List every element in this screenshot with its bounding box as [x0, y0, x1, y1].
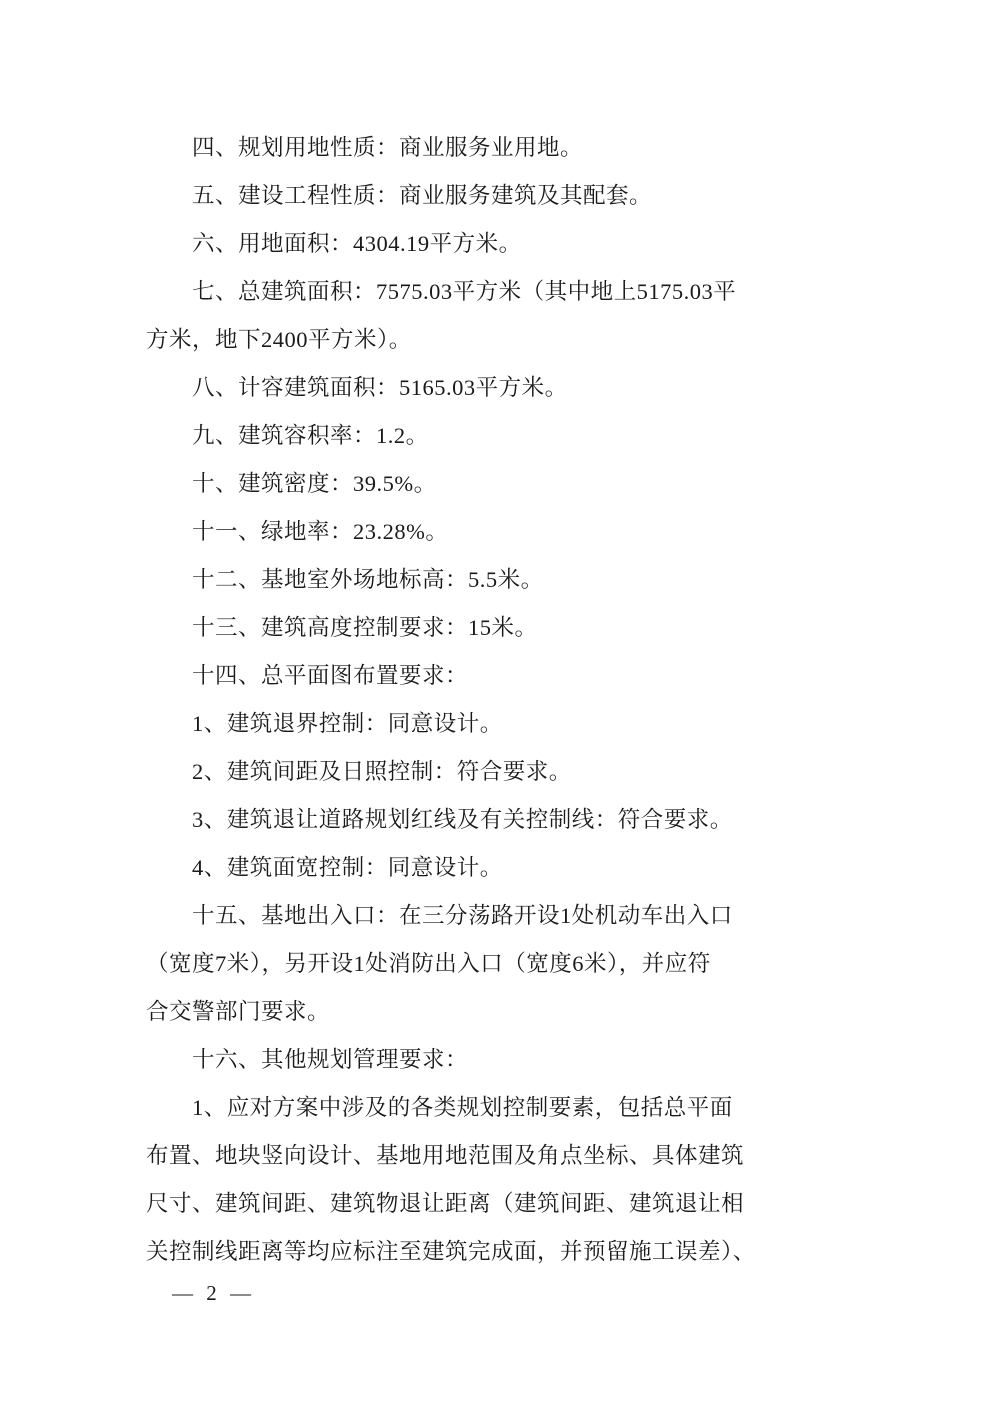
line-text: 布置、地块竖向设计、基地用地范围及角点坐标、具体建筑 [146, 1143, 744, 1168]
document-line: 布置、地块竖向设计、基地用地范围及角点坐标、具体建筑 [146, 1132, 862, 1180]
document-line: 五、建设工程性质：商业服务建筑及其配套。 [146, 172, 862, 220]
line-text: 五、建设工程性质：商业服务建筑及其配套。 [192, 183, 652, 208]
document-line: 十、建筑密度：39.5%。 [146, 460, 862, 508]
document-line: 八、计容建筑面积：5165.03平方米。 [146, 364, 862, 412]
document-line: 十一、绿地率：23.28%。 [146, 508, 862, 556]
line-text: 九、建筑容积率：1.2。 [192, 423, 429, 448]
document-line: 3、建筑退让道路规划红线及有关控制线：符合要求。 [146, 796, 862, 844]
line-text: 合交警部门要求。 [146, 999, 330, 1024]
line-text: 十二、基地室外场地标高：5.5米。 [192, 567, 544, 592]
line-text: 十四、总平面图布置要求： [192, 663, 468, 688]
document-line: 十五、基地出入口：在三分荡路开设1处机动车出入口 [146, 892, 862, 940]
line-text: 十、建筑密度：39.5%。 [192, 471, 437, 496]
document-line: 方米，地下2400平方米）。 [146, 316, 862, 364]
document-line: 十二、基地室外场地标高：5.5米。 [146, 556, 862, 604]
document-line: 4、建筑面宽控制：同意设计。 [146, 844, 862, 892]
document-line: 四、规划用地性质：商业服务业用地。 [146, 124, 862, 172]
line-text: 十五、基地出入口：在三分荡路开设1处机动车出入口 [192, 903, 733, 928]
document-body: 四、规划用地性质：商业服务业用地。五、建设工程性质：商业服务建筑及其配套。六、用… [146, 124, 862, 1276]
document-line: 合交警部门要求。 [146, 988, 862, 1036]
document-line: 九、建筑容积率：1.2。 [146, 412, 862, 460]
line-text: 十一、绿地率：23.28%。 [192, 519, 448, 544]
line-text: 十六、其他规划管理要求： [192, 1047, 468, 1072]
line-text: 十三、建筑高度控制要求：15米。 [192, 615, 538, 640]
document-line: 1、应对方案中涉及的各类规划控制要素，包括总平面 [146, 1084, 862, 1132]
line-text: （宽度7米），另开设1处消防出入口（宽度6米），并应符 [146, 951, 711, 976]
line-text: 四、规划用地性质：商业服务业用地。 [192, 135, 583, 160]
page-number: — 2 — [172, 1281, 255, 1306]
document-line: 七、总建筑面积：7575.03平方米（其中地上5175.03平 [146, 268, 862, 316]
document-page: 四、规划用地性质：商业服务业用地。五、建设工程性质：商业服务建筑及其配套。六、用… [0, 0, 992, 1403]
line-text: 尺寸、建筑间距、建筑物退让距离（建筑间距、建筑退让相 [146, 1191, 744, 1216]
line-text: 1、应对方案中涉及的各类规划控制要素，包括总平面 [192, 1095, 733, 1120]
document-line: 十六、其他规划管理要求： [146, 1036, 862, 1084]
line-text: 1、建筑退界控制：同意设计。 [192, 711, 503, 736]
line-text: 八、计容建筑面积：5165.03平方米。 [192, 375, 568, 400]
line-text: 七、总建筑面积：7575.03平方米（其中地上5175.03平 [192, 279, 736, 304]
line-text: 3、建筑退让道路规划红线及有关控制线：符合要求。 [192, 807, 733, 832]
line-text: 关控制线距离等均应标注至建筑完成面，并预留施工误差）、 [146, 1239, 756, 1264]
line-text: 方米，地下2400平方米）。 [146, 327, 412, 352]
line-text: 4、建筑面宽控制：同意设计。 [192, 855, 503, 880]
document-line: 关控制线距离等均应标注至建筑完成面，并预留施工误差）、 [146, 1228, 862, 1276]
line-text: 2、建筑间距及日照控制：符合要求。 [192, 759, 572, 784]
document-line: 1、建筑退界控制：同意设计。 [146, 700, 862, 748]
document-line: 十三、建筑高度控制要求：15米。 [146, 604, 862, 652]
document-line: 六、用地面积：4304.19平方米。 [146, 220, 862, 268]
document-line: 2、建筑间距及日照控制：符合要求。 [146, 748, 862, 796]
document-line: 尺寸、建筑间距、建筑物退让距离（建筑间距、建筑退让相 [146, 1180, 862, 1228]
document-line: （宽度7米），另开设1处消防出入口（宽度6米），并应符 [146, 940, 862, 988]
document-line: 十四、总平面图布置要求： [146, 652, 862, 700]
line-text: 六、用地面积：4304.19平方米。 [192, 231, 522, 256]
